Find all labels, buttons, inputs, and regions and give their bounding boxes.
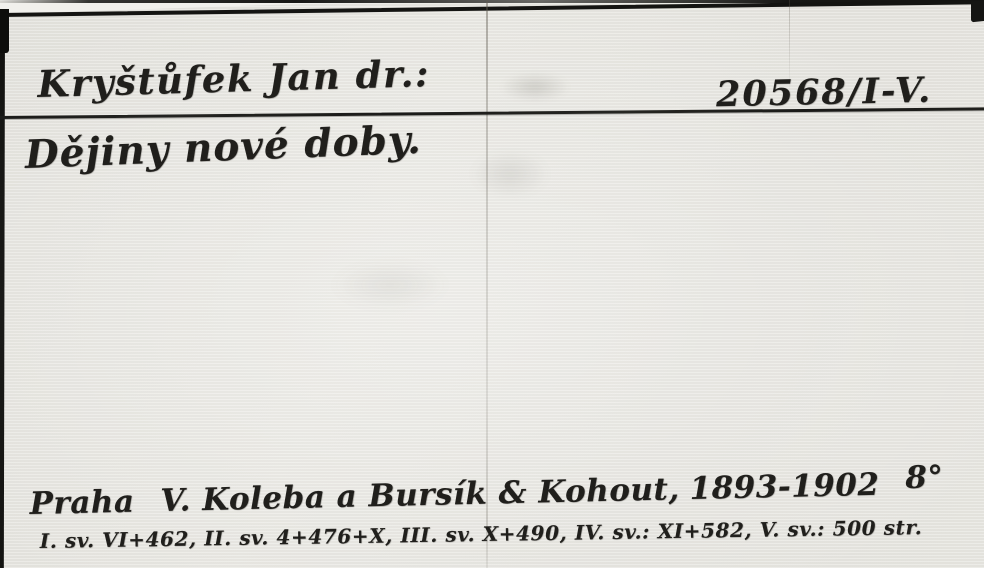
catalog-card-scan: Kryštůfek Jan dr.: 20568/I-V. Dějiny nov…	[0, 0, 984, 568]
scan-corner-top-right	[971, 0, 984, 22]
paper-smudge	[500, 72, 570, 102]
imprint-format: 8°	[905, 459, 944, 496]
spacer	[880, 494, 906, 495]
author-heading: Kryštůfek Jan dr.:	[37, 51, 431, 106]
scan-edge-left	[0, 12, 5, 568]
paper-smudge	[470, 150, 550, 198]
title-text: Dějiny nové doby.	[24, 117, 422, 178]
ruled-line	[0, 107, 984, 119]
spacer	[135, 511, 161, 512]
imprint-years: 1893-1902	[689, 467, 880, 507]
paper-smudge	[330, 260, 450, 310]
imprint-place: Praha	[29, 484, 135, 522]
collation-line: I. sv. VI+462, II. sv. 4+476+X, III. sv.…	[40, 515, 923, 553]
imprint-publisher: V. Koleba a Bursík & Kohout,	[160, 471, 680, 519]
scan-corner-top-left	[0, 9, 9, 53]
